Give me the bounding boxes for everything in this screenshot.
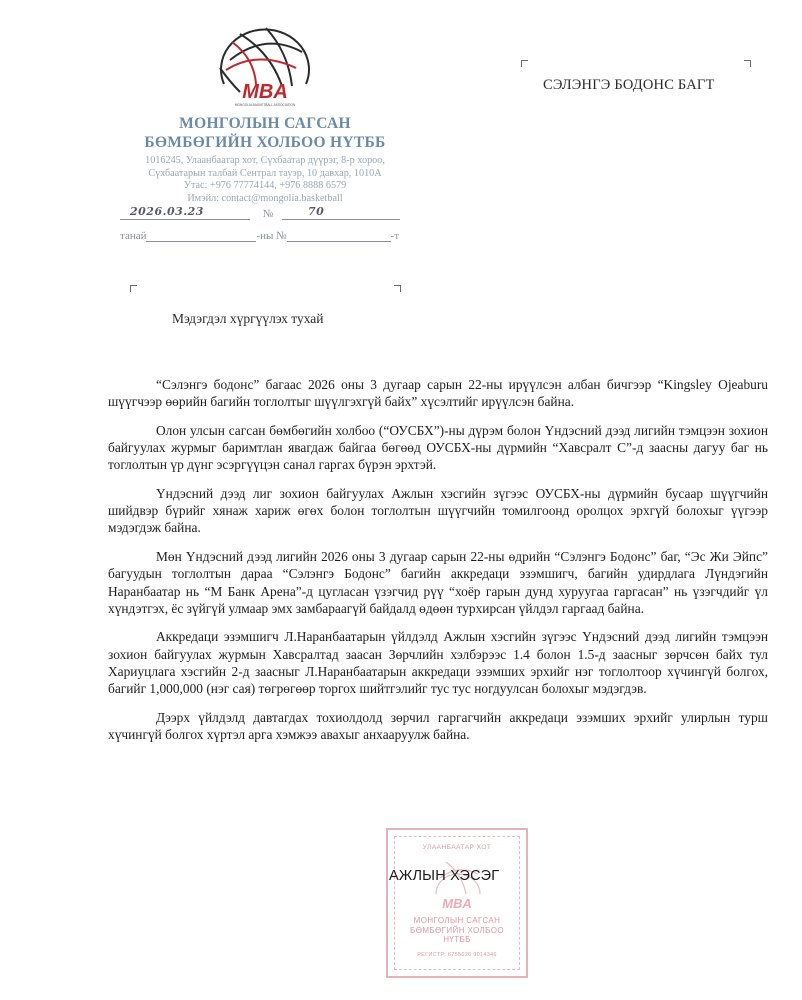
stamp-org-name: МОНГОЛЫН САГСАН БӨМБӨГИЙН ХОЛБОО НҮТББ: [388, 916, 526, 945]
address-line2: Сүхбаатарын талбай Сентрал тауэр, 10 дав…: [100, 168, 430, 181]
basketball-logo-icon: MBA MONGOLIA BASKETBALL ASSOCIATION: [210, 22, 320, 110]
svg-text:MONGOLIA BASKETBALL ASSOCIATIO: MONGOLIA BASKETBALL ASSOCIATION: [235, 103, 296, 107]
stamp-registration: РЕГИСТР: 6755026 9014346: [388, 952, 526, 958]
subject: Мэдэгдэл хүргүүлэх тухай: [172, 311, 324, 327]
your-label: танай: [120, 230, 146, 242]
paragraph-6: Дээрх үйлдэлд давтагдах тохиолдолд зөрчи…: [108, 709, 768, 743]
paragraph-3: Үндэсний дээд лиг зохион байгуулах Ажлын…: [108, 485, 768, 537]
corner-bracket: [130, 285, 137, 292]
your-number-label: -ны №: [256, 230, 286, 242]
paragraph-5: Аккредаци эзэмшигч Л.Наранбаатарын үйлдэ…: [108, 628, 768, 697]
svg-text:MBA: MBA: [242, 81, 288, 103]
number-field: 70: [282, 207, 400, 220]
recipient: СЭЛЭНГЭ БОДОНС БАГТ: [543, 77, 715, 94]
org-name-line1: МОНГОЛЫН САГСАН: [100, 114, 430, 133]
letterhead: MBA MONGOLIA BASKETBALL ASSOCIATION МОНГ…: [100, 22, 430, 205]
paragraph-2: Олон улсын сагсан бөмбөгийн холбоо (“ОУС…: [108, 422, 768, 474]
corner-bracket: [744, 60, 751, 67]
contact-block: 1016245, Улаанбаатар хот, Сүхбаатар дүүр…: [100, 155, 430, 205]
your-ref-line: танай-ны №-т: [120, 229, 399, 242]
number-label: №: [263, 208, 274, 220]
date-field: 2026.03.23: [120, 207, 250, 220]
email: Имэйл: contact@mongolia.basketball: [100, 193, 430, 206]
stamp-city: УЛААНБААТАР ХОТ: [388, 844, 526, 851]
phone: Утас: +976 77774144, +976 8888 6579: [100, 180, 430, 193]
letter-body: “Сэлэнгэ бодонс” багаас 2026 оны 3 дугаа…: [108, 376, 768, 755]
address-line1: 1016245, Улаанбаатар хот, Сүхбаатар дүүр…: [100, 155, 430, 168]
corner-bracket: [394, 285, 401, 292]
handwritten-date: 2026.03.23: [130, 205, 204, 218]
date-number-line: 2026.03.23 № 70: [120, 207, 400, 220]
mba-logo: MBA MONGOLIA BASKETBALL ASSOCIATION: [210, 22, 320, 110]
handwritten-number: 70: [308, 205, 324, 218]
corner-bracket: [521, 60, 528, 67]
official-stamp: УЛААНБААТАР ХОТ MBA МОНГОЛЫН САГСАН БӨМБ…: [386, 828, 528, 978]
signature-label: АЖЛЫН ХЭСЭГ: [389, 868, 499, 884]
stamp-logo-text: MBA: [388, 896, 526, 911]
paragraph-4: Мөн Үндэсний дээд лигийн 2026 оны 3 дуга…: [108, 548, 768, 617]
paragraph-1: “Сэлэнгэ бодонс” багаас 2026 оны 3 дугаа…: [108, 376, 768, 410]
your-suffix: -т: [391, 230, 399, 242]
org-name-line2: БӨМБӨГИЙН ХОЛБОО НҮТББ: [100, 133, 430, 152]
